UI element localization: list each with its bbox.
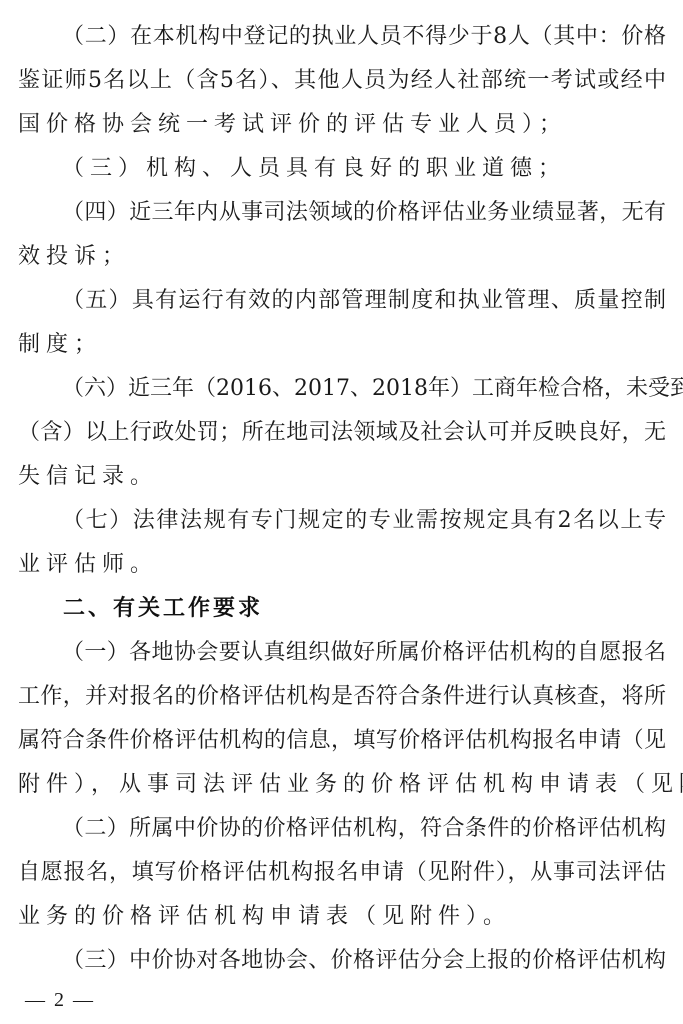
text-line: 工作，并对报名的价格评估机构是否符合条件进行认真核查，将所 bbox=[18, 682, 666, 712]
page-number: — 2 — bbox=[25, 987, 95, 1013]
text-line: 业务的价格评估机构申请表（见附件）。 bbox=[18, 902, 666, 932]
text-line: 业评估师。 bbox=[18, 550, 666, 580]
text-line: 制度； bbox=[18, 330, 666, 360]
text-line: 自愿报名，填写价格评估机构报名申请（见附件），从事司法评估 bbox=[18, 858, 666, 888]
text-line: （七）法律法规有专门规定的专业需按规定具有2名以上专 bbox=[62, 506, 666, 536]
text-line: （二）在本机构中登记的执业人员不得少于8人（其中：价格 bbox=[62, 22, 666, 52]
text-line: 附件），从事司法评估业务的价格评估机构申请表（见附件）。 bbox=[18, 770, 666, 800]
text-line: （三）机构、人员具有良好的职业道德； bbox=[62, 154, 666, 184]
section-heading: 二、有关工作要求 bbox=[63, 594, 263, 624]
text-line: （含）以上行政处罚；所在地司法领域及社会认可并反映良好，无 bbox=[18, 418, 666, 448]
text-line: 属符合条件价格评估机构的信息，填写价格评估机构报名申请（见 bbox=[18, 726, 666, 756]
text-line: 国价格协会统一考试评价的评估专业人员）； bbox=[18, 110, 666, 140]
text-line: （六）近三年（2016、2017、2018年）工商年检合格，未受到警告 bbox=[62, 374, 666, 404]
text-line: 失信记录。 bbox=[18, 462, 666, 492]
text-line: （三）中价协对各地协会、价格评估分会上报的价格评估机构 bbox=[62, 946, 666, 976]
text-line: （五）具有运行有效的内部管理制度和执业管理、质量控制 bbox=[62, 286, 666, 316]
text-line: （四）近三年内从事司法领域的价格评估业务业绩显著，无有 bbox=[62, 198, 666, 228]
text-line: 效投诉； bbox=[18, 242, 666, 272]
text-line: 鉴证师5名以上（含5名）、其他人员为经人社部统一考试或经中 bbox=[18, 66, 666, 96]
text-line: （二）所属中价协的价格评估机构，符合条件的价格评估机构 bbox=[62, 814, 666, 844]
text-line: （一）各地协会要认真组织做好所属价格评估机构的自愿报名 bbox=[62, 638, 666, 668]
